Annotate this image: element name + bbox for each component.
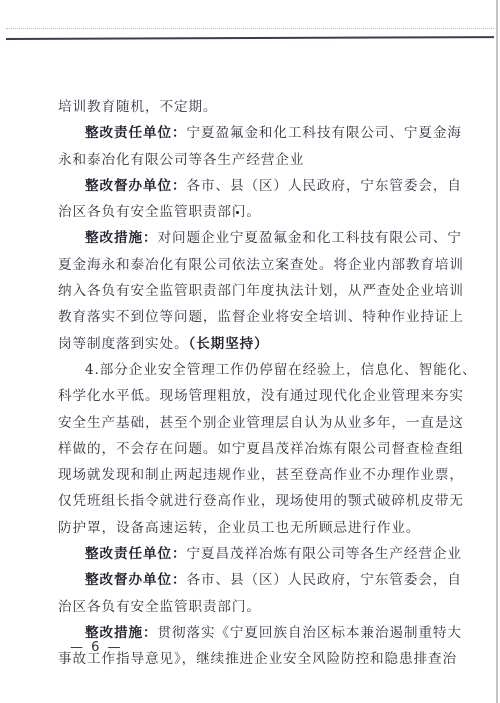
body-text: 治区各负有安全监管职责部门。	[58, 204, 261, 220]
bold-label: 整改责任单位：	[85, 125, 186, 141]
text-line: 永和泰冶化有限公司等各生产经营企业	[58, 147, 468, 173]
body-text: 治区各负有安全监管职责部门。	[58, 599, 261, 615]
body-text: 4.部分企业安全管理工作仍停留在经验上，信息化、智能化、	[85, 362, 477, 378]
body-text: 防护罩，设备高速运转，企业员工也无所顾忌进行作业。	[58, 520, 420, 536]
body-text: 样做的，不会存在问题。如宁夏昌茂祥冶炼有限公司督查检查组	[58, 441, 464, 457]
body-text: 各市、县（区）人民政府，宁东管委会，自	[186, 572, 461, 588]
bold-label: 整改措施：	[85, 230, 157, 246]
header-rule	[6, 36, 494, 40]
bold-label: 整改措施：	[85, 625, 157, 641]
body-text: 宁夏盈氟金和化工科技有限公司、宁夏金海	[186, 125, 461, 141]
body-text: 贯彻落实《宁夏回族自治区标本兼治遏制重特大	[157, 625, 461, 641]
text-line: 岗等制度落到实处。（长期坚持）	[58, 331, 468, 357]
text-line: 4.部分企业安全管理工作仍停留在经验上，信息化、智能化、	[58, 357, 468, 383]
text-line: 夏金海永和泰冶化有限公司依法立案查处。将企业内部教育培训	[58, 252, 468, 278]
text-line: 培训教育随机，不定期。	[58, 94, 468, 120]
bold-label: 整改督办单位：	[85, 572, 186, 588]
document-body: 培训教育随机，不定期。整改责任单位：宁夏盈氟金和化工科技有限公司、宁夏金海永和泰…	[58, 94, 468, 673]
body-text: 仅凭班组长指令就进行登高作业，现场使用的颚式破碎机皮带无	[58, 493, 464, 509]
text-line: 仅凭班组长指令就进行登高作业，现场使用的颚式破碎机皮带无	[58, 488, 468, 514]
body-text: 岗等制度落到实处。	[58, 336, 188, 352]
body-text: 宁夏昌茂祥冶炼有限公司等各生产经营企业	[186, 546, 461, 562]
text-line: 科学化水平低。现场管理粗放，没有通过现代化企业管理来夯实	[58, 383, 468, 409]
body-text: 永和泰冶化有限公司等各生产经营企业	[58, 152, 304, 168]
body-text: 各市、县（区）人民政府，宁东管委会，自	[186, 178, 461, 194]
body-text: 培训教育随机，不定期。	[58, 99, 217, 115]
text-line: 样做的，不会存在问题。如宁夏昌茂祥冶炼有限公司督查检查组	[58, 436, 468, 462]
text-line: 现场就发现和制止两起违规作业，甚至登高作业不办理作业票，	[58, 462, 468, 488]
page-edge	[496, 0, 498, 703]
text-line: 教育落实不到位等问题，监督企业将安全培训、特种作业持证上	[58, 304, 468, 330]
bold-label: 整改督办单位：	[85, 178, 186, 194]
scan-artifact-dots	[6, 28, 494, 33]
body-text: 纳入各负有安全监管职责部门年度执法计划，从严查处企业培训	[58, 283, 464, 299]
body-text: 科学化水平低。现场管理粗放，没有通过现代化企业管理来夯实	[58, 388, 464, 404]
text-line: 防护罩，设备高速运转，企业员工也无所顾忌进行作业。	[58, 515, 468, 541]
body-text: 对问题企业宁夏盈氟金和化工科技有限公司、宁	[157, 230, 461, 246]
text-line: 整改责任单位：宁夏昌茂祥冶炼有限公司等各生产经营企业	[58, 541, 468, 567]
text-line: 纳入各负有安全监管职责部门年度执法计划，从严查处企业培训	[58, 278, 468, 304]
bold-label: 整改责任单位：	[85, 546, 186, 562]
body-text: 现场就发现和制止两起违规作业，甚至登高作业不办理作业票，	[58, 467, 464, 483]
text-line: 整改督办单位：各市、县（区）人民政府，宁东管委会，自	[58, 567, 468, 593]
body-text: 教育落实不到位等问题，监督企业将安全培训、特种作业持证上	[58, 309, 464, 325]
text-line: 治区各负有安全监管职责部门。	[58, 594, 468, 620]
text-line: 整改督办单位：各市、县（区）人民政府，宁东管委会，自	[58, 173, 468, 199]
body-text: 夏金海永和泰冶化有限公司依法立案查处。将企业内部教育培训	[58, 257, 464, 273]
text-line: 整改责任单位：宁夏盈氟金和化工科技有限公司、宁夏金海	[58, 120, 468, 146]
body-text: 安全生产基础，甚至个别企业管理层自认为从业多年，一直是这	[58, 415, 464, 431]
bold-label: （长期坚持）	[188, 336, 268, 352]
text-line: 治区各负有安全监管职责部门。	[58, 199, 468, 225]
page-number: — 6 —	[70, 640, 123, 655]
text-line: 安全生产基础，甚至个别企业管理层自认为从业多年，一直是这	[58, 410, 468, 436]
text-line: 整改措施：对问题企业宁夏盈氟金和化工科技有限公司、宁	[58, 225, 468, 251]
